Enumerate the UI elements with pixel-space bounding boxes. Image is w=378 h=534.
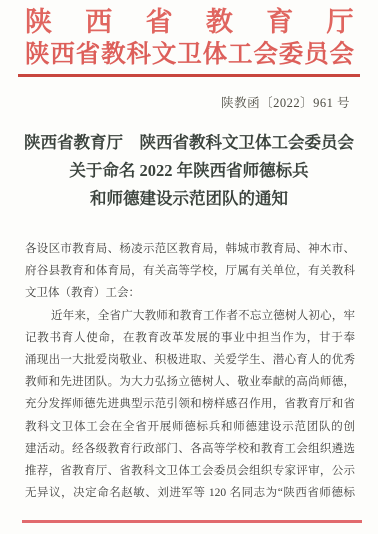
title-line-1: 陕西省教育厅 陕西省教科文卫体工会委员会 (12, 129, 366, 157)
document-title: 陕西省教育厅 陕西省教科文卫体工会委员会 关于命名 2022 年陕西省师德标兵 … (12, 129, 366, 213)
title-line-3: 和师德建设示范团队的通知 (12, 185, 366, 213)
page-footer-rule (22, 520, 362, 523)
document-number: 陕教函〔2022〕961 号 (221, 95, 350, 111)
body-line: 涌现出一大批爱岗敬业、积极进取、关爱学生、潜心育人的优秀 (25, 349, 355, 371)
body-line-salutation: 文卫体（教育）工会： (25, 282, 355, 304)
body-line: 建活动。经各级教育行政部门、各高等学校和教育工会组织遴选 (25, 438, 355, 460)
letterhead-org-line-1: 陕西省教育厅 (25, 6, 354, 38)
body-line: 教师和先进团队。为大力弘扬立德树人、敬业奉献的高尚师德， (25, 371, 355, 393)
letterhead-org-line-2: 陕西省教科文卫体工会委员会 (25, 39, 354, 71)
letterhead-rule (18, 74, 360, 77)
title-line-2: 关于命名 2022 年陕西省师德标兵 (12, 157, 366, 185)
body-line: 记教书育人使命，在教育改革发展的事业中担当作为，甘于奉献， (25, 327, 355, 349)
body-line: 教科文卫体工会在全省开展师德标兵和师德建设示范团队的创 (25, 416, 355, 438)
body-line: 无异议，决定命名赵敏、刘进军等 120 名同志为“陕西省师德标 (25, 482, 355, 504)
body-line: 各设区市教育局、杨凌示范区教育局，韩城市教育局、神木市、 (25, 238, 355, 260)
body-line-paragraph-start: 近年来，全省广大教师和教育工作者不忘立德树人初心，牢 (25, 305, 355, 327)
body-line: 府谷县教育和体育局，有关高等学校，厅属有关单位，有关教科 (25, 260, 355, 282)
document-page: 陕西省教育厅 陕西省教科文卫体工会委员会 陕教函〔2022〕961 号 陕西省教… (0, 0, 378, 534)
document-body: 各设区市教育局、杨凌示范区教育局，韩城市教育局、神木市、 府谷县教育和体育局，有… (25, 238, 355, 504)
body-line: 充分发挥师德先进典型示范引领和榜样感召作用，省教育厅和省 (25, 393, 355, 415)
body-line: 推荐，省教育厅、省教科文卫体工会委员会组织专家评审，公示 (25, 460, 355, 482)
